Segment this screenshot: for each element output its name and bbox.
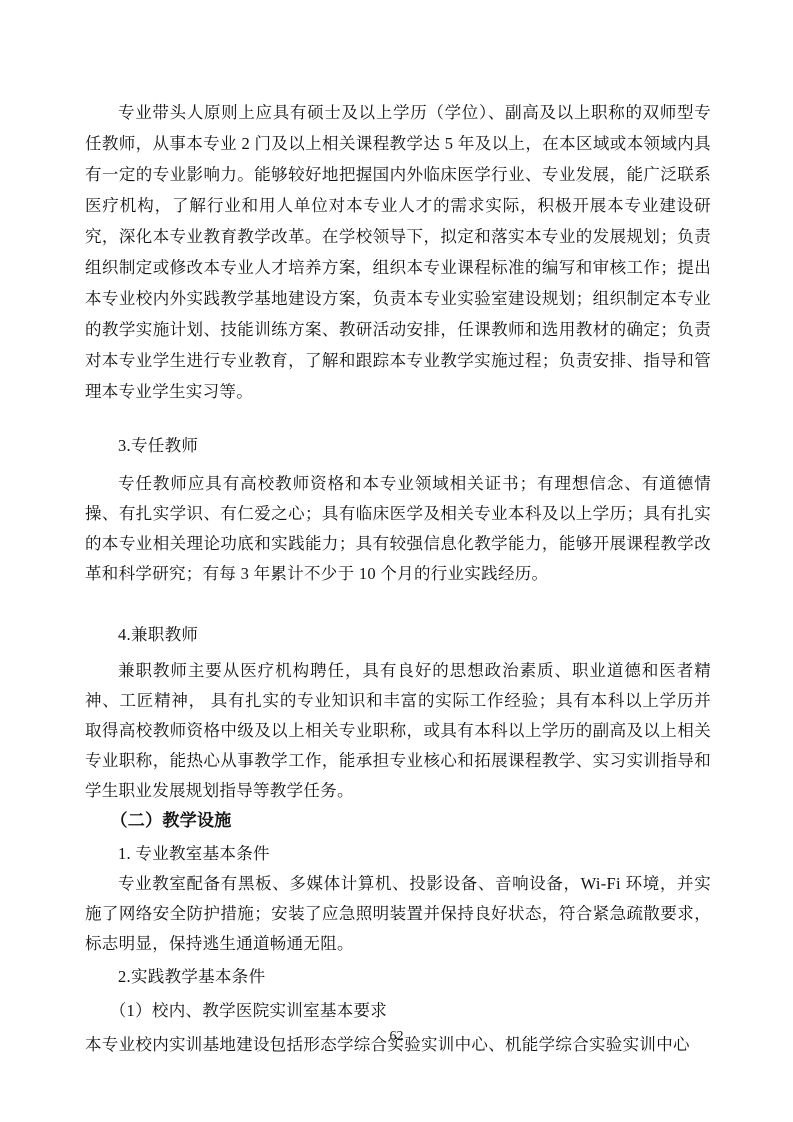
heading-classroom-conditions: 1. 专业教室基本条件 [85,839,711,869]
paragraph-classroom-conditions: 专业教室配备有黑板、多媒体计算机、投影设备、音响设备，Wi-Fi 环境，并实施了… [85,869,711,959]
heading-campus-training-requirements: （1）校内、教学医院实训室基本要求 [85,996,711,1026]
paragraph-parttime-teachers: 兼职教师主要从医疗机构聘任，具有良好的思想政治素质、职业道德和医者精神、工匠精神… [85,656,711,806]
heading-teaching-facilities: （二）教学设施 [85,806,711,836]
document-page: 专业带头人原则上应具有硕士及以上学历（学位）、副高及以上职称的双师型专任教师，从… [0,0,793,1122]
document-body: 专业带头人原则上应具有硕士及以上学历（学位）、副高及以上职称的双师型专任教师，从… [85,97,711,1060]
heading-practice-teaching-conditions: 2.实践教学基本条件 [85,962,711,992]
heading-parttime-teachers: 4.兼职教师 [85,620,711,650]
heading-fulltime-teachers: 3.专任教师 [85,431,711,461]
paragraph-fulltime-teachers: 专任教师应具有高校教师资格和本专业领域相关证书；有理想信念、有道德情操、有扎实学… [85,469,711,589]
paragraph-program-leader: 专业带头人原则上应具有硕士及以上学历（学位）、副高及以上职称的双师型专任教师，从… [85,97,711,407]
page-number: 62 [0,1028,793,1046]
